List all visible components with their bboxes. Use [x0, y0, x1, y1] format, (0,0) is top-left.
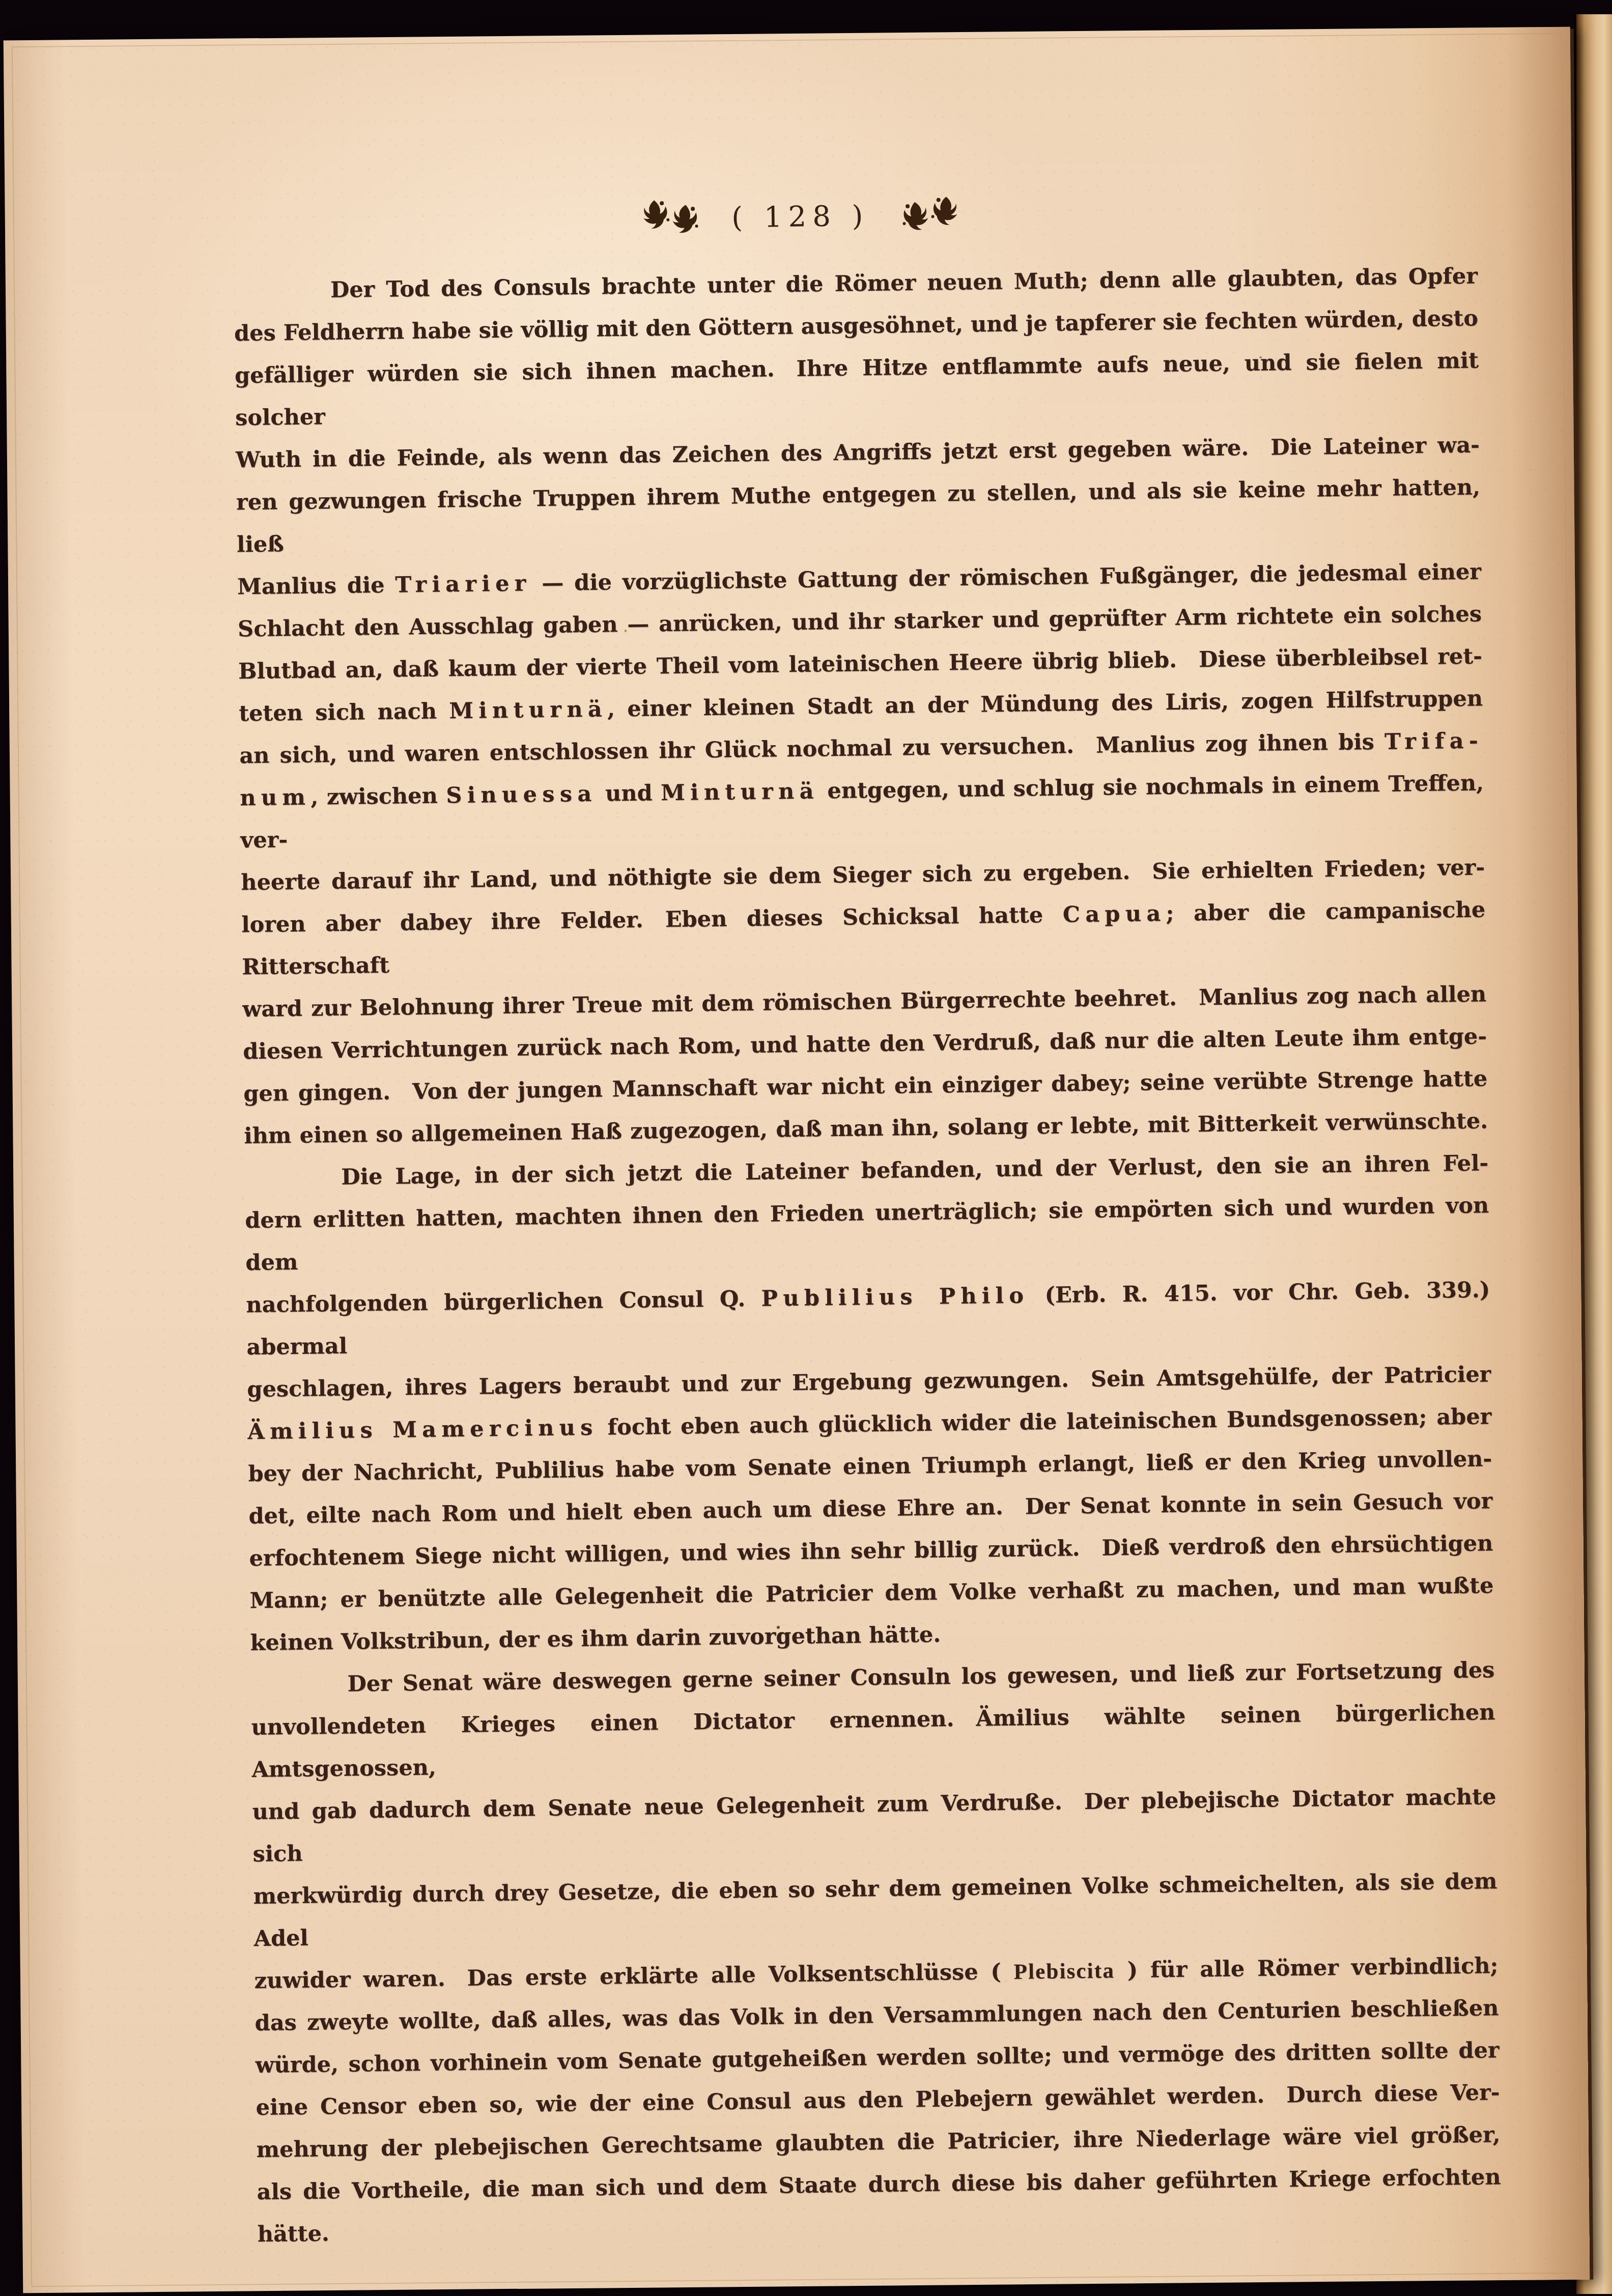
fleuron-ornament-icon [901, 200, 958, 230]
text-line: ren gezwungen frische Truppen ihrem Muth… [236, 466, 1481, 566]
fraktur-text: teten sich nach [239, 698, 449, 726]
fraktur-text: ihm einen so allgemeinen Haß zugezogen, … [244, 1108, 1488, 1149]
fraktur-text: ) für alle Römer verbindlich; [1115, 1953, 1498, 1983]
fraktur-text: gefälliger würden sie sich ihnen machen.… [235, 348, 1479, 431]
fraktur-text: des Feldherrn habe sie völlig mit den Gö… [234, 306, 1478, 347]
fraktur-text: Manlius die [237, 573, 395, 600]
fraktur-text: diesen Verrichtungen zurück nach Rom, un… [243, 1024, 1487, 1064]
fraktur-text: merkwürdig durch drey Gesetze, die eben … [253, 1868, 1497, 1951]
fraktur-text: mehrung der plebejischen Gerechtsame gla… [256, 2122, 1500, 2163]
fraktur-text: Wuth in die Feinde, als wenn das Zeichen… [236, 433, 1480, 473]
fraktur-text: loren aber dabey ihre Felder. Eben diese… [241, 902, 1063, 938]
text-line: unvollendeten Krieges einen Dictator ern… [251, 1691, 1496, 1791]
fraktur-text: , einer kleinen Stadt an der Mündung des… [607, 686, 1483, 722]
fraktur-text: — die vorzüglichste Gattung der römische… [531, 559, 1481, 596]
fraktur-text: focht eben auch glücklich wider die late… [598, 1404, 1491, 1440]
fraktur-text: erfochtenem Siege nicht willigen, und wi… [249, 1530, 1493, 1571]
scanned-book-page-photo: ( 128 ) Der Tod des Consuls brachte unte… [0, 0, 1612, 2296]
fraktur-text: bey der Nachricht, Publilius habe vom Se… [248, 1446, 1492, 1487]
fraktur-text: ren gezwungen frische Truppen ihrem Muth… [236, 474, 1480, 557]
fraktur-text: zuwider waren. Das erste erklärte alle V… [254, 1959, 1014, 1994]
fraktur-text: an sich, und waren entschlossen ihr Glüc… [239, 729, 1384, 769]
fraktur-text: Blutbad an, daß kaum der vierte Theil vo… [238, 643, 1482, 684]
fraktur-text: hätte. [257, 2221, 329, 2247]
fraktur-text: als die Vortheile, die man sich und dem … [257, 2164, 1501, 2205]
text-line: nachfolgenden bürgerlichen Consul Q. Pub… [246, 1269, 1491, 1369]
book-page: ( 128 ) Der Tod des Consuls brachte unte… [4, 27, 1590, 2293]
page-content: ( 128 ) Der Tod des Consuls brachte unte… [0, 24, 1594, 2295]
fraktur-text: det, eilte nach Rom und hielt eben auch … [248, 1488, 1492, 1529]
fraktur-text: geschlagen, ihres Lagers beraubt und zur… [247, 1362, 1491, 1402]
fraktur-text: dern erlitten hatten, machten ihnen den … [245, 1193, 1489, 1275]
fraktur-text: und [597, 780, 661, 807]
fraktur-text: unvollendeten Krieges einen Dictator ern… [251, 1699, 1495, 1782]
text-line: gefälliger würden sie sich ihnen machen.… [235, 340, 1480, 440]
fraktur-text: Der Tod des Consuls brachte unter die Rö… [330, 264, 1478, 303]
text-line: num, zwischen Sinuessa und Minturnä entg… [240, 762, 1485, 862]
fraktur-text: Mann; er benützte alle Gelegenheit die P… [249, 1573, 1493, 1613]
letterspaced-name: Minturnä [661, 778, 819, 806]
fraktur-text: Schlacht den Ausschlag gaben — anrücken,… [238, 601, 1482, 642]
fraktur-text: keinen Volkstribun, der es ihm darin zuv… [250, 1622, 941, 1656]
fraktur-text: würde, schon vorhinein vom Senate gutgeh… [255, 2037, 1499, 2078]
antiqua-term: Plebiscita [1013, 1959, 1115, 1983]
page-number: ( 128 ) [731, 200, 869, 234]
fraktur-text: , zwischen [310, 783, 446, 810]
fraktur-text: Der Senat wäre deswegen gerne seiner Con… [347, 1657, 1494, 1697]
fraktur-text: das zweyte wollte, daß alles, was das Vo… [254, 1995, 1498, 2036]
page-header: ( 128 ) [17, 191, 1584, 243]
letterspaced-name: num [240, 785, 311, 811]
text-line: und gab dadurch dem Senate neue Gelegenh… [252, 1776, 1497, 1876]
fleuron-ornament-icon [643, 204, 699, 234]
text-line: dern erlitten hatten, machten ihnen den … [245, 1184, 1490, 1284]
body-text: Der Tod des Consuls brachte unter die Rö… [234, 256, 1502, 2256]
fraktur-text: eine Censor eben so, wie der eine Consul… [256, 2080, 1500, 2120]
fraktur-text: ward zur Belohnung ihrer Treue mit dem r… [242, 981, 1486, 1022]
text-line: merkwürdig durch drey Gesetze, die eben … [253, 1860, 1498, 1960]
fraktur-text: nachfolgenden bürgerlichen Consul Q. [246, 1286, 761, 1318]
fraktur-text: Die Lage, in der sich jetzt die Lateiner… [341, 1150, 1488, 1190]
fraktur-text: heerte darauf ihr Land, und nöthigte sie… [241, 855, 1485, 895]
letterspaced-name: Ämilius Mamercinus [247, 1415, 598, 1444]
letterspaced-name: Publilius Philo [761, 1283, 1029, 1311]
letterspaced-name: Triarier [395, 571, 531, 598]
letterspaced-name: Capua [1062, 901, 1166, 927]
letterspaced-name: Trifa- [1384, 728, 1484, 754]
text-line: loren aber dabey ihre Felder. Eben diese… [241, 889, 1486, 988]
fraktur-text: und gab dadurch dem Senate neue Gelegenh… [252, 1784, 1496, 1867]
fraktur-text: gen gingen. Von der jungen Mannschaft wa… [243, 1066, 1487, 1107]
letterspaced-name: Minturnä [449, 696, 607, 724]
letterspaced-name: Sinuessa [446, 781, 597, 809]
